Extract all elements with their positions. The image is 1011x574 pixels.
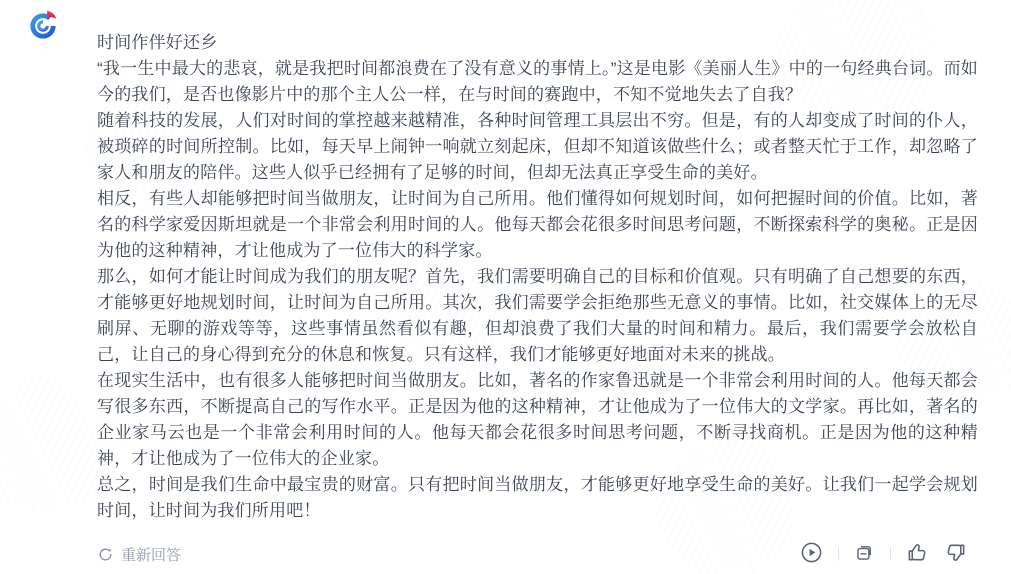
ernie-bot-logo-icon [26, 9, 60, 43]
essay-paragraph: 总之，时间是我们生命中最宝贵的财富。只有把时间当做朋友，才能够更好地享受生命的美… [97, 472, 978, 524]
essay-paragraph: 相反，有些人却能够把时间当做朋友，让时间为自己所用。他们懂得如何规划时间，如何把… [97, 186, 978, 264]
essay-paragraph: 那么，如何才能让时间成为我们的朋友呢？首先，我们需要明确自己的目标和价值观。只有… [97, 264, 978, 368]
message-toolbar: 重新回答 [97, 540, 967, 568]
regenerate-label: 重新回答 [121, 544, 181, 565]
refresh-icon [97, 546, 114, 563]
play-audio-icon [800, 541, 823, 567]
thumbs-down-icon [944, 541, 967, 567]
essay-paragraph: 在现实生活中，也有很多人能够把时间当做朋友。比如，著名的作家鲁迅就是一个非常会利… [97, 368, 978, 472]
assistant-message: 时间作伴好还乡 “我一生中最大的悲哀，就是我把时间都浪费在了没有意义的事情上。”… [97, 30, 978, 524]
essay-paragraph: “我一生中最大的悲哀，就是我把时间都浪费在了没有意义的事情上。”这是电影《美丽人… [97, 56, 978, 108]
message-actions [800, 541, 967, 567]
regenerate-button[interactable]: 重新回答 [97, 544, 181, 565]
copy-button[interactable] [854, 542, 875, 566]
copy-icon [854, 542, 875, 566]
thumbs-up-icon [906, 541, 929, 567]
thumbs-down-button[interactable] [944, 541, 967, 567]
essay-paragraph: 随着科技的发展，人们对时间的掌控越来越精准，各种时间管理工具层出不穷。但是，有的… [97, 108, 978, 186]
toolbar-divider [838, 547, 839, 561]
thumbs-up-button[interactable] [906, 541, 929, 567]
toolbar-divider [890, 547, 891, 561]
ernie-bot-logo [26, 9, 60, 43]
essay-title: 时间作伴好还乡 [97, 30, 978, 56]
play-audio-button[interactable] [800, 541, 823, 567]
